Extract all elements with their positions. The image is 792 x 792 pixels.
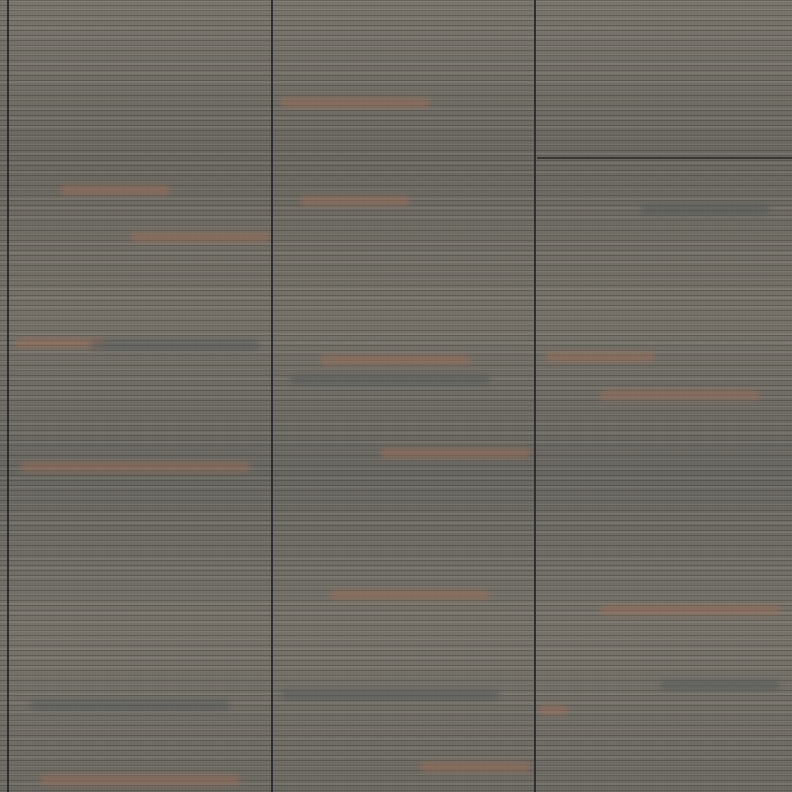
grain-streak	[330, 590, 490, 600]
grain-streak	[600, 390, 760, 400]
grain-streak	[320, 355, 470, 365]
grain-streak	[660, 680, 780, 690]
grain-streak	[90, 340, 260, 350]
plank-seam	[7, 0, 9, 792]
wood-texture-image	[0, 0, 792, 792]
grain-streak	[380, 448, 530, 458]
plank-seam	[271, 0, 273, 792]
grain-streak	[640, 205, 770, 215]
grain-streak	[280, 690, 500, 700]
grain-streak	[300, 196, 410, 206]
grain-streak	[545, 352, 655, 362]
grain-streak	[290, 375, 490, 385]
grain-streak	[600, 605, 780, 615]
plank-middle	[272, 0, 535, 792]
grain-streak	[40, 775, 240, 785]
plank-seam	[534, 0, 536, 792]
grain-streak	[60, 185, 170, 195]
grain-streak	[20, 462, 250, 472]
grain-streak	[130, 232, 270, 242]
grain-streak	[538, 705, 568, 715]
grain-streak	[420, 762, 530, 772]
plank-seam-horizontal	[537, 157, 792, 159]
grain-streak	[30, 700, 230, 710]
plank-left	[8, 0, 272, 792]
grain-streak	[280, 98, 430, 108]
